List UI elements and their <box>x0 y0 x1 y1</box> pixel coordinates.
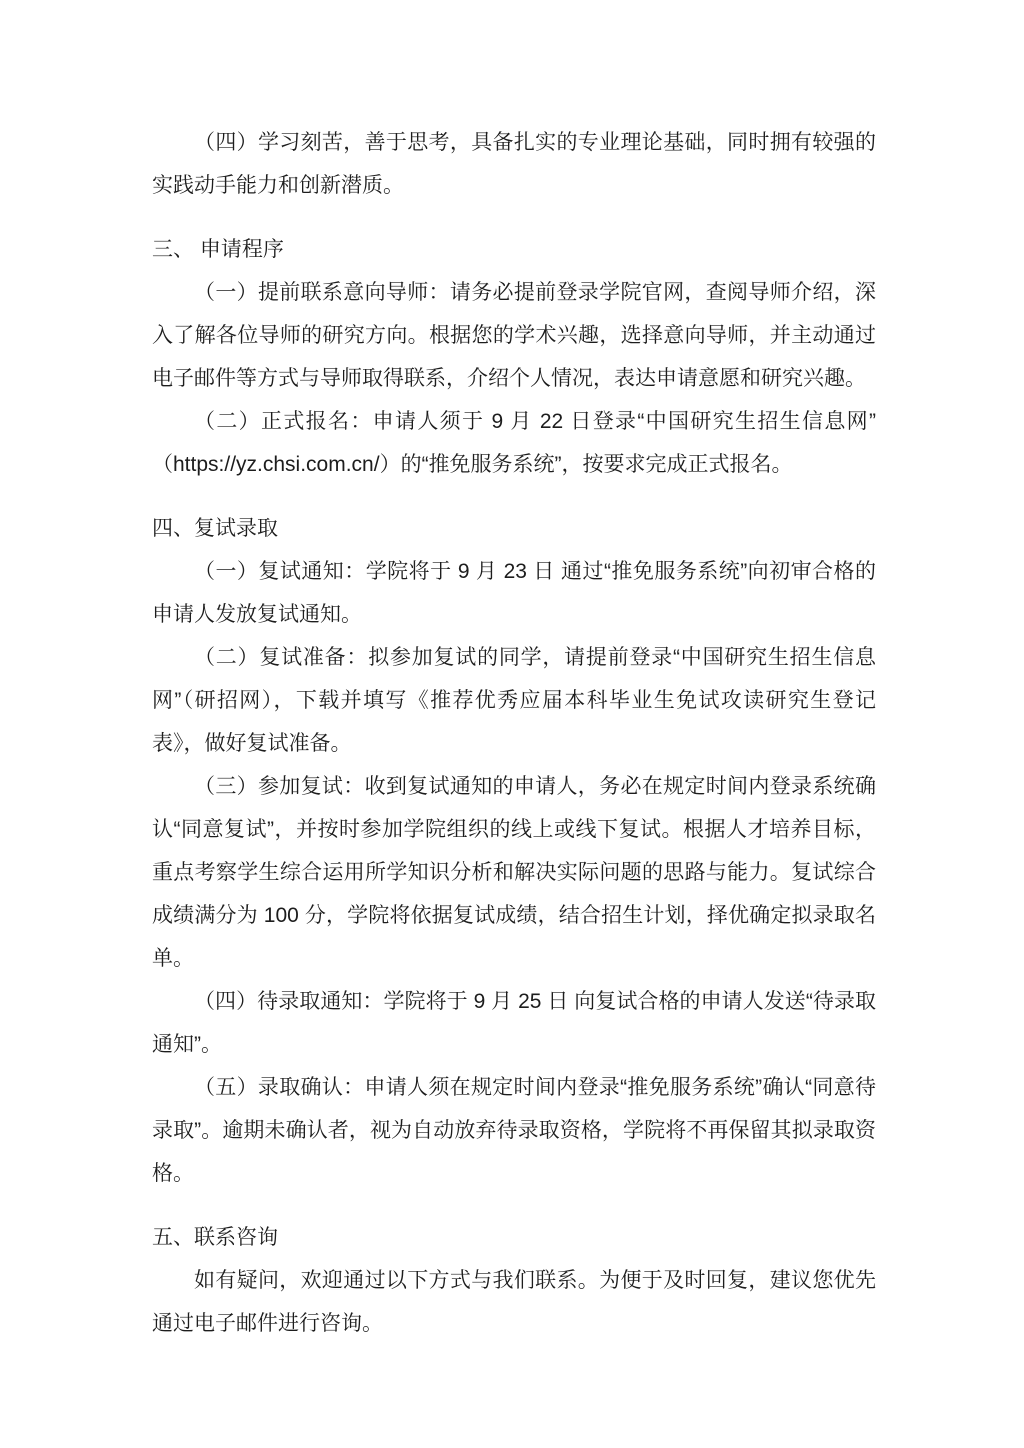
intro-paragraph-item4: （四）学习刻苦，善于思考，具备扎实的专业理论基础，同时拥有较强的实践动手能力和创… <box>152 121 876 207</box>
section-heading-application-procedure: 三、 申请程序 <box>152 228 876 271</box>
section-heading-contact-consultation: 五、联系咨询 <box>152 1216 876 1259</box>
paragraph-reexam-preparation: （二）复试准备：拟参加复试的同学，请提前登录“中国研究生招生信息网”（研招网），… <box>152 636 876 765</box>
paragraph-attend-reexam: （三）参加复试：收到复试通知的申请人，务必在规定时间内登录系统确认“同意复试”，… <box>152 765 876 980</box>
paragraph-contact-supervisor: （一）提前联系意向导师：请务必提前登录学院官网，查阅导师介绍，深入了解各位导师的… <box>152 271 876 400</box>
section-heading-reexam-admission: 四、复试录取 <box>152 507 876 550</box>
paragraph-contact-info: 如有疑问，欢迎通过以下方式与我们联系。为便于及时回复，建议您优先通过电子邮件进行… <box>152 1259 876 1345</box>
paragraph-formal-registration: （二）正式报名：申请人须于 9 月 22 日登录“中国研究生招生信息网”（htt… <box>152 400 876 486</box>
paragraph-reexam-notice: （一）复试通知：学院将于 9 月 23 日 通过“推免服务系统”向初审合格的申请… <box>152 550 876 636</box>
paragraph-pending-admission-notice: （四）待录取通知：学院将于 9 月 25 日 向复试合格的申请人发送“待录取通知… <box>152 980 876 1066</box>
paragraph-admission-confirmation: （五）录取确认：申请人须在规定时间内登录“推免服务系统”确认“同意待录取”。逾期… <box>152 1066 876 1195</box>
document-page: （四）学习刻苦，善于思考，具备扎实的专业理论基础，同时拥有较强的实践动手能力和创… <box>0 0 1024 1448</box>
